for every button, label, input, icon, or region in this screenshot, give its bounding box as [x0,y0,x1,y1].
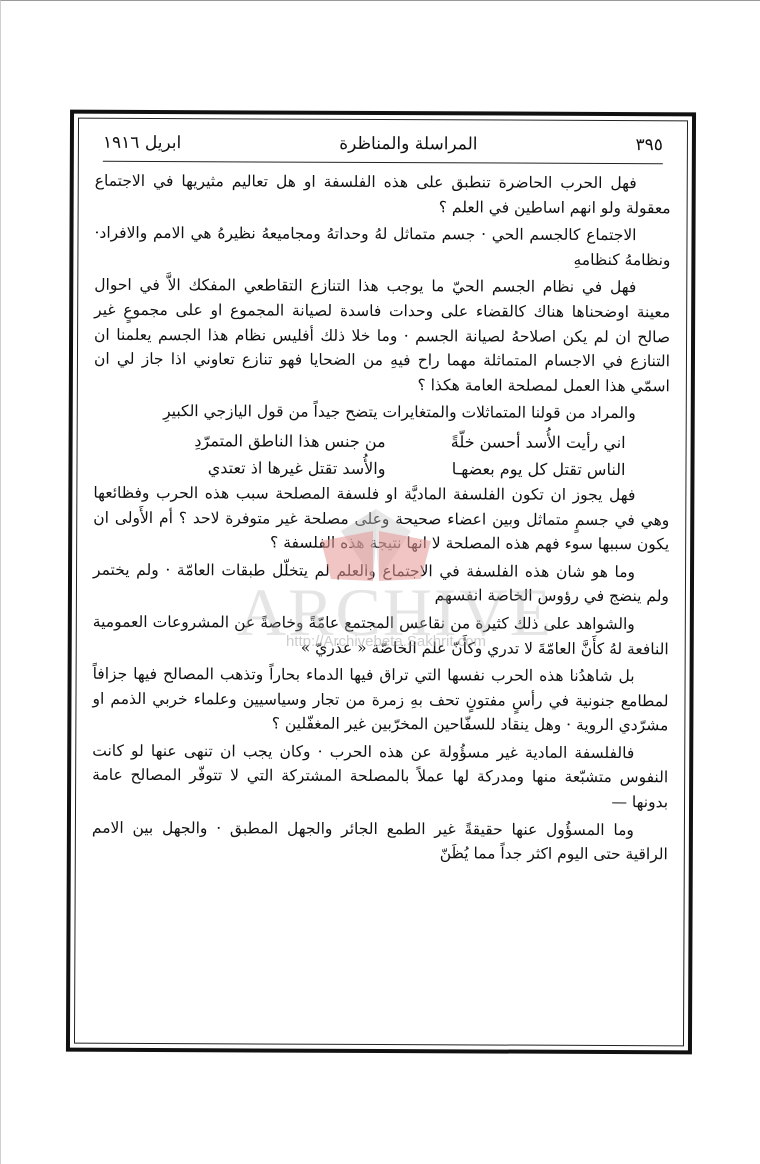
verse-second-hemistich: من جنس هذا الناطق المتمرّدِ [186,427,386,455]
page-number: ٣٩٥ [635,135,662,155]
header-divider [103,161,663,164]
issue-date: ابريل ١٩١٦ [103,133,181,153]
paragraph: فالفلسفة المادية غير مسؤُولة عن هذه الحر… [92,739,668,815]
paragraph: فهل الحرب الحاضرة تنطبق على هذه الفلسفة … [95,169,671,221]
paragraph: فهل يجوز ان تكون الفلسفة الماديَّة او فل… [93,481,669,557]
poem-verse: الناس تقتل كل يوم بعضهـا والأُسد تقتل غي… [93,454,669,484]
page-frame: ابريل ١٩١٦ المراسلة والمناظرة ٣٩٥ فهل ال… [66,110,696,1055]
section-title: المراسلة والمناظرة [339,134,477,155]
verse-first-hemistich: الناس تقتل كل يوم بعضهـا [425,455,625,483]
page-frame-inner: ابريل ١٩١٦ المراسلة والمناظرة ٣٩٥ فهل ال… [74,118,688,1047]
article-body: فهل الحرب الحاضرة تنطبق على هذه الفلسفة … [92,169,671,870]
running-header: ابريل ١٩١٦ المراسلة والمناظرة ٣٩٥ [103,129,663,159]
paragraph: بل شاهدُنا هذه الحرب نفسها التي تراق فيه… [92,662,668,738]
paragraph: وما المسؤُول عنها حقيقةً غير الطمع الجائ… [92,815,668,867]
paragraph: فهل في نظام الجسم الحيّ ما يوجب هذا التن… [94,273,671,398]
verse-second-hemistich: والأُسد تقتل غيرها اذ تعتدي [185,454,385,482]
paragraph: والشواهد على ذلك كثيرة من نقاعس المجتمع … [93,610,669,662]
paragraph: الاجتماع كالجسم الحي · جسم متماثل لهُ وح… [94,221,670,273]
verse-first-hemistich: اني رأيت الأُسد أحسن خلّةً [426,428,626,456]
paragraph: وما هو شان هذه الفلسفة في الاجتماع والعل… [93,557,669,609]
poem-verse: اني رأيت الأُسد أحسن خلّةً من جنس هذا ال… [94,427,670,457]
paragraph: والمراد من قولنا المتماثلات والمتغايرات … [94,399,670,426]
